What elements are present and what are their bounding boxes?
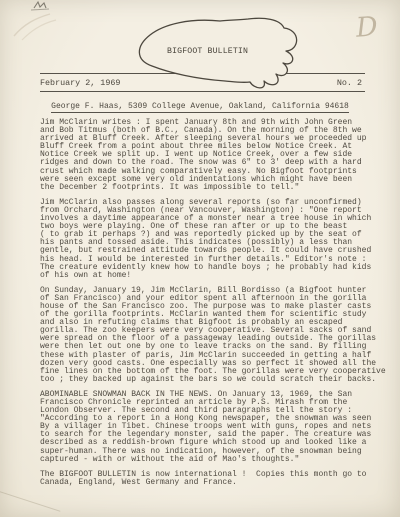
newsletter-page: D BIGFOOT BULLETIN February 2, 1969 No. …	[0, 0, 400, 517]
paragraph-mcclarin-trip: Jim McClarin writes : I spent January 8t…	[40, 119, 380, 192]
header-rule-bottom	[40, 91, 365, 92]
editor-address: George F. Haas, 5309 College Avenue, Oak…	[51, 102, 349, 113]
pencil-scribble-mark	[6, 10, 66, 44]
bulletin-title: BIGFOOT BULLETIN	[167, 47, 248, 56]
issue-number: No. 2	[337, 78, 362, 88]
paragraph-international: The BIGFOOT BULLETIN is now internationa…	[40, 471, 380, 487]
newsletter-body: Jim McClarin writes : I spent January 8t…	[40, 119, 380, 494]
paragraph-gorilla-casts: On Sunday, January 19, Jim McClarin, Bil…	[40, 287, 380, 384]
paragraph-orchard-reports: Jim McClarin also passes along several r…	[40, 199, 380, 280]
address-row: George F. Haas, 5309 College Avenue, Oak…	[0, 95, 400, 113]
issue-date: February 2, 1969	[40, 78, 120, 88]
paragraph-abominable-snowman: ABOMINABLE SNOWMAN BACK IN THE NEWS. On …	[40, 391, 380, 464]
pencil-letter-annotation: D	[355, 11, 379, 43]
